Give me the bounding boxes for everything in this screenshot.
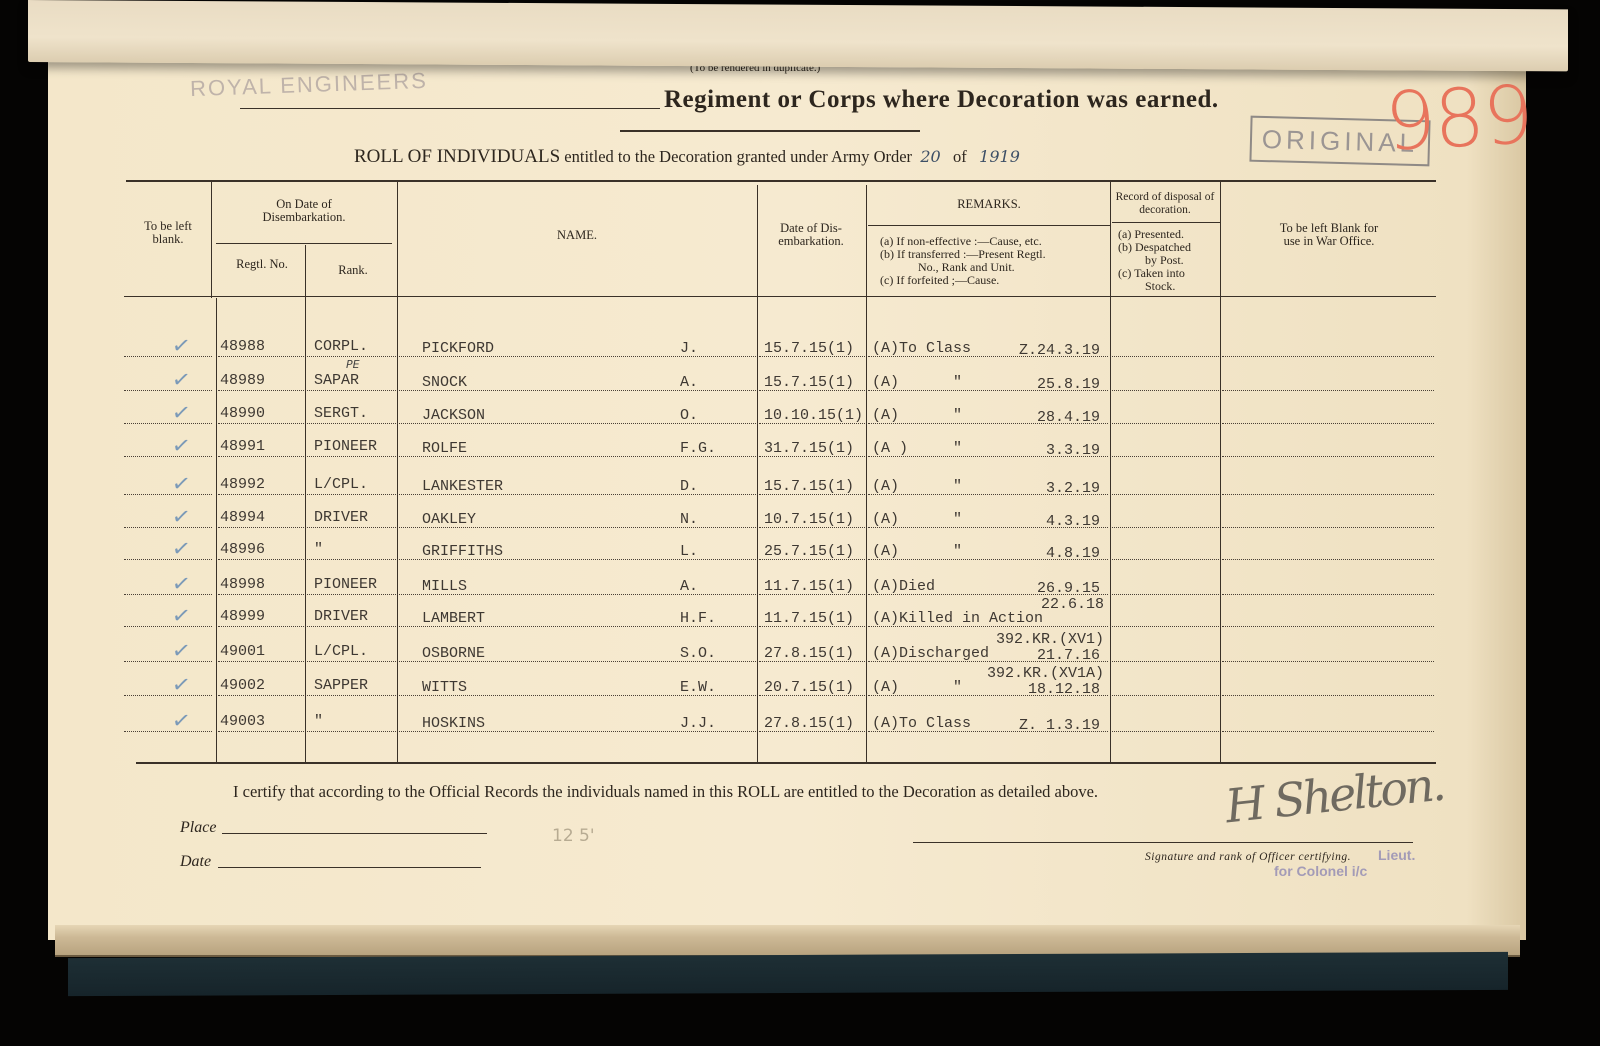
- remark: (A) ": [872, 478, 962, 495]
- remark: (A)To Class: [872, 340, 971, 357]
- check-mark-icon: ✓: [170, 400, 192, 427]
- surname: ROLFE: [422, 440, 467, 457]
- row-leader: [1222, 423, 1434, 424]
- remark-date: 26.9.15: [1037, 580, 1100, 597]
- row-leader: [218, 356, 304, 357]
- row-leader: [124, 356, 212, 357]
- check-mark-icon: ✓: [170, 672, 192, 699]
- header-remarks: REMARKS.: [870, 198, 1108, 211]
- row-leader: [124, 494, 212, 495]
- rank-stamp-lieut: Lieut.: [1378, 847, 1415, 863]
- regtl-no: 48991: [220, 438, 265, 455]
- regtl-no: 48996: [220, 541, 265, 558]
- rank: L/CPL.: [314, 476, 368, 493]
- rank: DRIVER: [314, 608, 368, 625]
- disembarkation-date: 27.8.15(1): [764, 715, 854, 732]
- remark: (A) ": [872, 407, 962, 424]
- remark-date: 28.4.19: [1037, 409, 1100, 426]
- check-mark-icon: ✓: [170, 333, 192, 360]
- title-rule: [620, 130, 920, 132]
- surname: PICKFORD: [422, 340, 494, 357]
- date-field[interactable]: [218, 867, 481, 868]
- remark-annotation: 392.KR.(XV1): [996, 631, 1104, 648]
- row-leader: [1112, 661, 1219, 662]
- row-leader: [218, 527, 304, 528]
- remark-date: 18.12.18: [1028, 681, 1100, 698]
- remark: (A) ": [872, 374, 962, 391]
- row-leader: [218, 456, 304, 457]
- disembarkation-date: 20.7.15(1): [764, 679, 854, 696]
- row-leader: [1112, 559, 1219, 560]
- row-leader: [218, 594, 304, 595]
- disembarkation-date: 15.7.15(1): [764, 478, 854, 495]
- place-label: Place: [180, 819, 216, 837]
- check-mark-icon: ✓: [170, 603, 192, 630]
- row-leader: [307, 695, 396, 696]
- col-divider: [1220, 182, 1221, 764]
- remark-annotation: 392.KR.(XV1A): [987, 665, 1104, 682]
- remark-date: 4.3.19: [1046, 513, 1100, 530]
- row-leader: [307, 594, 396, 595]
- row-leader: [1222, 456, 1434, 457]
- disposal-sub-rule: [1112, 222, 1220, 223]
- initials: A.: [680, 374, 698, 391]
- rank: ": [314, 713, 323, 730]
- check-mark-icon: ✓: [170, 504, 192, 531]
- row-leader: [124, 456, 212, 457]
- disembarkation-date: 10.10.15(1): [764, 407, 863, 424]
- surname: HOSKINS: [422, 715, 485, 732]
- row-leader: [1112, 494, 1219, 495]
- surname: SNOCK: [422, 374, 467, 391]
- remark: (A)Died: [872, 578, 935, 595]
- header-name: NAME.: [400, 229, 754, 242]
- header-bottom-rule: [124, 296, 1436, 297]
- initials: L.: [680, 543, 698, 560]
- regtl-no: 48989: [220, 372, 265, 389]
- row-leader: [218, 661, 304, 662]
- surname: GRIFFITHS: [422, 543, 503, 560]
- remark-date: 25.8.19: [1037, 376, 1100, 393]
- regtl-no: 48999: [220, 608, 265, 625]
- disposal-note-c2: Stock.: [1145, 280, 1175, 293]
- place-field[interactable]: [222, 833, 487, 834]
- surname: MILLS: [422, 578, 467, 595]
- certification-statement: I certify that according to the Official…: [233, 782, 1098, 802]
- signature-caption: Signature and rank of Officer certifying…: [1145, 851, 1351, 863]
- surname: LAMBERT: [422, 610, 485, 627]
- row-leader: [307, 390, 396, 391]
- regtl-no: 48992: [220, 476, 265, 493]
- row-leader: [218, 626, 304, 627]
- row-leader: [218, 731, 304, 732]
- row-leader: [124, 559, 212, 560]
- header-to-be-left-blank: To be left blank.: [130, 220, 206, 246]
- row-leader: [1112, 731, 1219, 732]
- row-leader: [124, 695, 212, 696]
- row-leader: [1112, 356, 1219, 357]
- disembarkation-date: 10.7.15(1): [764, 511, 854, 528]
- row-leader: [1222, 661, 1434, 662]
- surname: JACKSON: [422, 407, 485, 424]
- row-leader: [1222, 559, 1434, 560]
- row-leader: [124, 731, 212, 732]
- row-leader: [1222, 695, 1434, 696]
- initials: A.: [680, 578, 698, 595]
- disembarkation-date: 27.8.15(1): [764, 645, 854, 662]
- remark: (A)To Class: [872, 715, 971, 732]
- table-top-rule: [126, 180, 1436, 182]
- initials: E.W.: [680, 679, 716, 696]
- disembarkation-date: 15.7.15(1): [764, 340, 854, 357]
- col-divider: [216, 298, 217, 764]
- regtl-no: 48990: [220, 405, 265, 422]
- header-date-of-disembarkation: Date of Dis- embarkation.: [768, 222, 854, 248]
- army-order-year: 1919: [979, 147, 1020, 166]
- header-record-of-disposal: Record of disposal of decoration.: [1113, 191, 1217, 217]
- initials: J.J.: [680, 715, 716, 732]
- remark-date: Z. 1.3.19: [1019, 717, 1100, 734]
- rank: L/CPL.: [314, 643, 368, 660]
- check-mark-icon: ✓: [170, 471, 192, 498]
- regtl-no: 48998: [220, 576, 265, 593]
- row-leader: [1222, 594, 1434, 595]
- remark-date: 21.7.16: [1037, 647, 1100, 664]
- remark-date: 3.2.19: [1046, 480, 1100, 497]
- disembarkation-date: 25.7.15(1): [764, 543, 854, 560]
- pencil-note: 12 5': [552, 826, 595, 846]
- col-divider: [211, 182, 212, 298]
- rank: PIONEER: [314, 438, 377, 455]
- rank: PIONEER: [314, 576, 377, 593]
- bleed-through-text: [348, 6, 354, 27]
- row-leader: [1222, 626, 1434, 627]
- row-leader: [1112, 695, 1219, 696]
- row-leader: [1112, 594, 1219, 595]
- rank-correction: PE: [346, 358, 360, 371]
- row-leader: [124, 594, 212, 595]
- remark: (A) ": [872, 543, 962, 560]
- remark-date: Z.24.3.19: [1019, 342, 1100, 359]
- rank: SAPPER: [314, 677, 368, 694]
- initials: S.O.: [680, 645, 716, 662]
- rank: CORPL.: [314, 338, 368, 355]
- row-leader: [1112, 390, 1219, 391]
- remark: (A ) ": [872, 440, 962, 457]
- header-war-office: To be left Blank for use in War Office.: [1270, 222, 1388, 248]
- disembark-sub-rule: [216, 243, 392, 244]
- row-leader: [1112, 456, 1219, 457]
- row-leader: [124, 626, 212, 627]
- row-leader: [307, 661, 396, 662]
- date-label: Date: [180, 853, 211, 871]
- table-bottom-rule: [136, 762, 1436, 764]
- remark: (A)Killed in Action: [872, 610, 1043, 627]
- row-leader: [1222, 731, 1434, 732]
- row-leader: [307, 626, 396, 627]
- row-leader: [218, 494, 304, 495]
- initials: F.G.: [680, 440, 716, 457]
- check-mark-icon: ✓: [170, 638, 192, 665]
- initials: D.: [680, 478, 698, 495]
- col-divider: [1110, 182, 1111, 764]
- disembarkation-date: 11.7.15(1): [764, 610, 854, 627]
- row-leader: [124, 390, 212, 391]
- row-leader: [307, 527, 396, 528]
- row-leader: [1112, 423, 1219, 424]
- regtl-no: 48988: [220, 338, 265, 355]
- col-divider: [866, 185, 867, 764]
- remark-date: 3.3.19: [1046, 442, 1100, 459]
- row-leader: [307, 494, 396, 495]
- row-leader: [1112, 626, 1219, 627]
- rank: SAPAR: [314, 372, 359, 389]
- row-leader: [218, 390, 304, 391]
- row-leader: [218, 423, 304, 424]
- row-leader: [1222, 527, 1434, 528]
- row-leader: [307, 731, 396, 732]
- col-divider: [757, 185, 758, 764]
- row-leader: [307, 456, 396, 457]
- row-leader: [218, 559, 304, 560]
- check-mark-icon: ✓: [170, 571, 192, 598]
- regtl-no: 49002: [220, 677, 265, 694]
- check-mark-icon: ✓: [170, 433, 192, 460]
- remark-annotation: 22.6.18: [1041, 596, 1104, 613]
- remark-date: 4.8.19: [1046, 545, 1100, 562]
- row-leader: [307, 356, 396, 357]
- regiment-fill-line: [240, 108, 660, 109]
- folio-number: 989: [1383, 68, 1534, 169]
- check-mark-icon: ✓: [170, 708, 192, 735]
- regiment-title: Regiment or Corps where Decoration was e…: [664, 86, 1219, 114]
- surname: OSBORNE: [422, 645, 485, 662]
- disembarkation-date: 15.7.15(1): [764, 374, 854, 391]
- folded-previous-page: [28, 0, 1568, 71]
- check-mark-icon: ✓: [170, 367, 192, 394]
- army-order-number: 20: [920, 147, 940, 166]
- row-leader: [307, 423, 396, 424]
- roll-title-prefix: ROLL OF INDIVIDUALS: [354, 146, 560, 167]
- row-leader: [1222, 390, 1434, 391]
- disembarkation-date: 11.7.15(1): [764, 578, 854, 595]
- initials: H.F.: [680, 610, 716, 627]
- disembarkation-date: 31.7.15(1): [764, 440, 854, 457]
- rank: DRIVER: [314, 509, 368, 526]
- book-cover: [68, 952, 1508, 996]
- row-leader: [124, 661, 212, 662]
- rank: SERGT.: [314, 405, 368, 422]
- row-leader: [307, 559, 396, 560]
- rank-stamp-colonel: for Colonel i/c: [1274, 863, 1367, 879]
- check-mark-icon: ✓: [170, 536, 192, 563]
- regtl-no: 49003: [220, 713, 265, 730]
- header-on-date-of-disembarkation: On Date of Disembarkation.: [240, 198, 368, 224]
- remark: (A)Discharged: [872, 645, 989, 662]
- header-regtl-no: Regtl. No.: [222, 258, 302, 271]
- roll-title-mid: entitled to the Decoration granted under…: [564, 147, 912, 166]
- row-leader: [1222, 356, 1434, 357]
- col-divider: [305, 245, 306, 764]
- remark: (A) ": [872, 679, 962, 696]
- initials: O.: [680, 407, 698, 424]
- row-leader: [218, 695, 304, 696]
- row-leader: [1222, 494, 1434, 495]
- row-leader: [124, 527, 212, 528]
- surname: WITTS: [422, 679, 467, 696]
- row-leader: [1112, 527, 1219, 528]
- initials: N.: [680, 511, 698, 528]
- remarks-sub-rule: [868, 225, 1110, 226]
- surname: OAKLEY: [422, 511, 476, 528]
- remarks-note-c: (c) If forfeited ;—Cause.: [880, 274, 999, 287]
- initials: J.: [680, 340, 698, 357]
- regtl-no: 48994: [220, 509, 265, 526]
- roll-title-of: of: [953, 147, 967, 166]
- surname: LANKESTER: [422, 478, 503, 495]
- regtl-no: 49001: [220, 643, 265, 660]
- col-divider: [397, 182, 398, 764]
- remark: (A) ": [872, 511, 962, 528]
- signature-line: [913, 842, 1413, 843]
- rank: ": [314, 541, 323, 558]
- row-leader: [124, 423, 212, 424]
- header-rank: Rank.: [310, 264, 396, 277]
- roll-title: ROLL OF INDIVIDUALS entitled to the Deco…: [354, 146, 1020, 168]
